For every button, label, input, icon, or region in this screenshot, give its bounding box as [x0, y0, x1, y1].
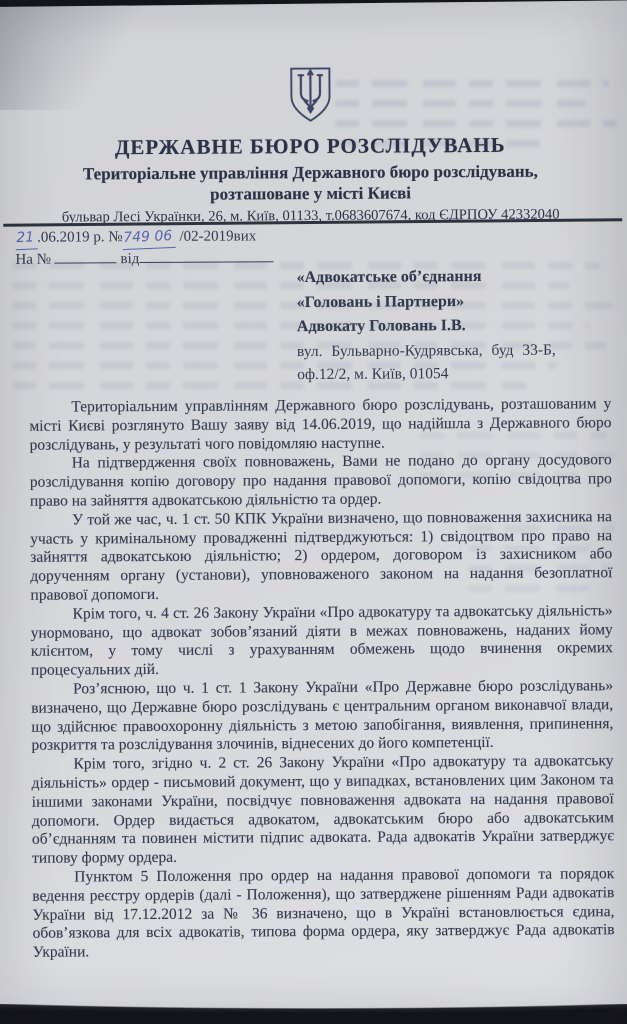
- recipient-street: вул. Бульварно-Кудрявська, буд 33-Б,: [297, 338, 613, 363]
- number-suffix: /02-2019вих: [179, 228, 256, 244]
- recipient-person: Адвокату Головань І.В.: [297, 313, 613, 339]
- paragraph: На підтвердження своїх повноважень, Вами…: [30, 452, 612, 512]
- reply-na-label: На №: [15, 252, 51, 268]
- handwritten-day: 21: [15, 228, 38, 250]
- letterhead: ДЕРЖАВНЕ БЮРО РОЗСЛІДУВАНЬ Територіальне…: [7, 64, 613, 227]
- recipient-city: оф.12/2, м. Київ, 01054: [297, 361, 613, 386]
- paragraph: Крім того, згідно ч. 2 ст. 26 Закону Укр…: [31, 752, 614, 868]
- recipient-org-line1: «Адвокатське об’єднання: [296, 264, 612, 290]
- photo-frame: ДЕРЖАВНЕ БЮРО РОЗСЛІДУВАНЬ Територіальне…: [0, 0, 627, 1024]
- paragraph: Територіальним управлінням Державного бю…: [29, 395, 611, 455]
- ukraine-trident-emblem-icon: [288, 66, 332, 129]
- paragraph: Крім того, ч. 4 ст. 26 Закону України «П…: [31, 602, 613, 681]
- document-content: ДЕРЖАВНЕ БЮРО РОЗСЛІДУВАНЬ Територіальне…: [0, 0, 627, 1024]
- recipient-block: «Адвокатське об’єднання «Головань і Парт…: [296, 264, 613, 385]
- date-printed: .06.2019 р. №: [37, 229, 123, 246]
- org-subtitle-line2: розташоване у місті Києві: [8, 181, 613, 206]
- reply-vid-label: від: [120, 251, 139, 267]
- reply-number-blank: [55, 249, 117, 263]
- paragraph: Пунктом 5 Положення про ордер на надання…: [32, 865, 615, 963]
- paragraph: Роз’яснюю, що ч. 1 ст. 1 Закону України …: [31, 677, 613, 756]
- letter-body: Територіальним управлінням Державного бю…: [29, 395, 614, 962]
- recipient-org-line2: «Головань і Партнери»: [297, 289, 613, 315]
- org-name: ДЕРЖАВНЕ БЮРО РОЗСЛІДУВАНЬ: [8, 132, 613, 161]
- handwritten-number: 749 06: [122, 227, 176, 250]
- org-subtitle-line1: Територіальне управління Державного бюро…: [8, 160, 613, 185]
- paragraph: У той же час, ч. 1 ст. 50 КПК України ви…: [30, 508, 613, 606]
- reference-block: 21.06.2019 р. №749 06 /02-2019вих На № в…: [15, 225, 608, 270]
- reply-date-blank: [139, 248, 273, 263]
- photo-bottom-edge: [0, 1004, 627, 1024]
